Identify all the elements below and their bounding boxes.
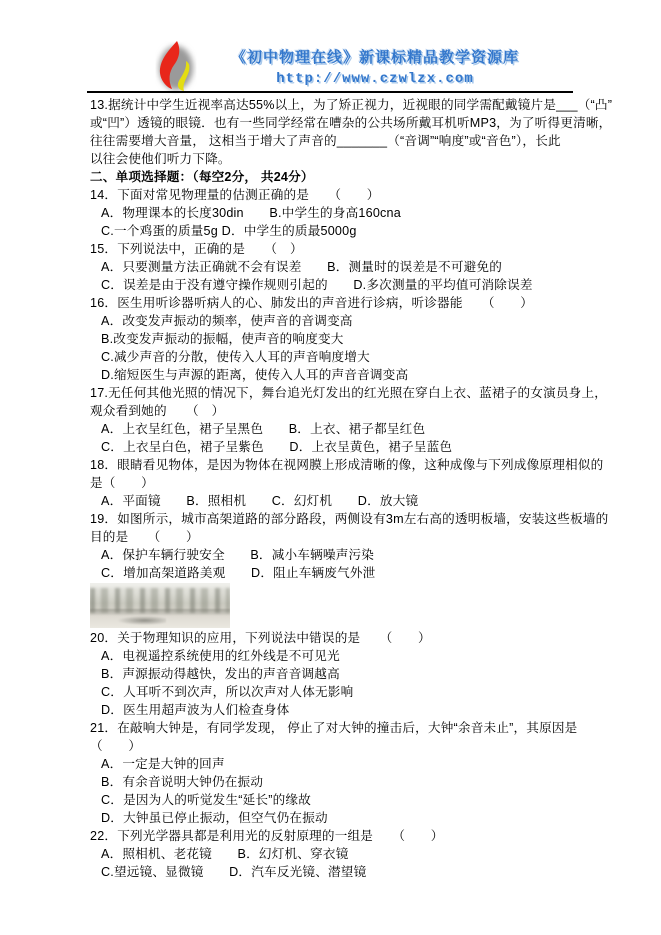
q20-option-d: D．医生用超声波为人们检查身体 — [90, 701, 590, 719]
photo-vehicle-smudge — [118, 616, 166, 625]
q19-line-2: 目的是 （ ） — [90, 528, 590, 546]
q13-line-4: 以往会使他们听力下降。 — [90, 150, 590, 168]
q20-option-c: C．人耳听不到次声，所以次声对人体无影响 — [90, 683, 590, 701]
q15-options-cd: C．误差是由于没有遵守操作规则引起的 D.多次测量的平均值可消除误差 — [90, 276, 590, 294]
q22-options-cd: C.望远镜、显微镜 D．汽车反光镜、潜望镜 — [90, 863, 590, 881]
q16-stem: 16．医生用听诊器听病人的心、肺发出的声音进行诊病，听诊器能 （ ） — [90, 294, 590, 312]
q17-line-2: 观众看到她的 （ ） — [90, 402, 590, 420]
q20-stem: 20．关于物理知识的应用，下列说法中错误的是 （ ） — [90, 629, 590, 647]
exam-body: 13.据统计中学生近视率高达55%以上，为了矫正视力，近视眼的同学需配戴镜片是_… — [90, 96, 590, 881]
q13-line-3: 往往需要增大音量， 这相当于增大了声音的_______（“音调”“响度”或“音色… — [90, 132, 590, 150]
q20-option-b: B．声源振动得越快，发出的声音音调越高 — [90, 665, 590, 683]
q19-line-1: 19．如图所示，城市高架道路的部分路段，两侧设有3m左右高的透明板墙，安装这些板… — [90, 510, 590, 528]
flame-logo-icon — [143, 38, 203, 96]
q19-options-cd: C．增加高架道路美观 D．阻止车辆废气外泄 — [90, 564, 590, 582]
q16-option-b: B.改变发声振动的振幅，使声音的响度变大 — [90, 330, 590, 348]
q21-option-d: D．大钟虽已停止振动，但空气仍在振动 — [90, 809, 590, 827]
photo-barrier-texture — [90, 609, 230, 615]
q17-line-1: 17.无任何其他光照的情况下，舞台追光灯发出的红光照在穿白上衣、蓝裙子的女演员身… — [90, 384, 590, 402]
q15-stem: 15．下列说法中，正确的是 （ ） — [90, 240, 590, 258]
q16-option-d: D.缩短医生与声源的距离，使传入人耳的声音音调变高 — [90, 366, 590, 384]
header-divider — [87, 91, 573, 93]
q21-option-b: B．有余音说明大钟仍在振动 — [90, 773, 590, 791]
q17-options-cd: C．上衣呈白色，裙子呈紫色 D．上衣呈黄色，裙子呈蓝色 — [90, 438, 590, 456]
q18-options: A．平面镜 B．照相机 C．幻灯机 D．放大镜 — [90, 492, 590, 510]
exam-document-page: 《初中物理在线》新课标精品教学资源库 http://www.czwlzx.com… — [0, 0, 661, 935]
q14-options-cd: C.一个鸡蛋的质量5g D．中学生的质最5000g — [90, 222, 590, 240]
q21-line-2: （ ） — [90, 737, 590, 755]
q21-option-a: A．一定是大钟的回声 — [90, 755, 590, 773]
section-2-heading: 二、单项选择题：（每空2分， 共24分） — [90, 168, 590, 186]
q13-line-1: 13.据统计中学生近视率高达55%以上，为了矫正视力，近视眼的同学需配戴镜片是_… — [90, 96, 590, 114]
site-title: 《初中物理在线》新课标精品教学资源库 — [200, 46, 550, 67]
q21-option-c: C．是因为人的听觉发生“延长”的缘故 — [90, 791, 590, 809]
site-url-link[interactable]: http://www.czwlzx.com — [200, 71, 550, 87]
q21-line-1: 21．在敲响大钟是，有同学发现， 停止了对大钟的撞击后，大钟“余音未止”，其原因… — [90, 719, 590, 737]
q14-stem: 14．下面对常见物理量的估测正确的是 （ ） — [90, 186, 590, 204]
q22-options-ab: A．照相机、老花镜 B．幻灯机、穿衣镜 — [90, 845, 590, 863]
q19-options-ab: A．保护车辆行驶安全 B．减小车辆噪声污染 — [90, 546, 590, 564]
q14-options-ab: A．物理课本的长度30din B.中学生的身高160cna — [90, 204, 590, 222]
q20-option-a: A．电视遥控系统使用的红外线是不可见光 — [90, 647, 590, 665]
q18-line-2: 是（ ） — [90, 474, 590, 492]
q15-options-ab: A．只要测量方法正确就不会有误差 B．测量时的误差是不可避免的 — [90, 258, 590, 276]
q18-line-1: 18．眼睛看见物体，是因为物体在视网膜上形成清晰的像，这种成像与下列成像原理相似… — [90, 456, 590, 474]
q17-options-ab: A．上衣呈红色，裙子呈黑色 B．上衣、裙子都呈红色 — [90, 420, 590, 438]
site-header: 《初中物理在线》新课标精品教学资源库 http://www.czwlzx.com — [200, 46, 550, 87]
q13-line-2: 或“凹”）透镜的眼镜．也有一些同学经常在嘈杂的公共场所戴耳机听MP3，为了听得更… — [90, 114, 590, 132]
q22-stem: 22．下列光学器具都是利用光的反射原理的一组是 （ ） — [90, 827, 590, 845]
q16-option-a: A．改变发声振动的频率，使声音的音调变高 — [90, 312, 590, 330]
elevated-road-photo — [90, 583, 230, 628]
q16-option-c: C.减少声音的分散，使传入人耳的声音响度增大 — [90, 348, 590, 366]
